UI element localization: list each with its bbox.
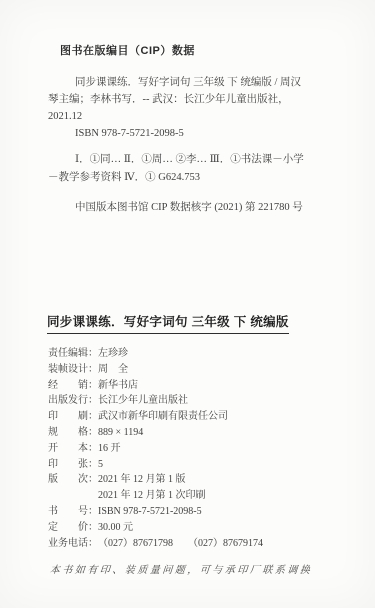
row-value: 左珍珍 xyxy=(98,348,128,359)
colophon-row-format: 开 本：16 开 xyxy=(48,441,263,457)
row-label: 装帧设计： xyxy=(48,362,98,378)
colophon-row-phone: 业务电话：（027）87671798 （027）87679174 xyxy=(48,536,263,552)
colophon-list: 责任编辑：左珍珍 装帧设计：周 全 经 销：新华书店 出版发行：长江少年儿童出版… xyxy=(48,346,263,551)
colophon-row-edition: 版 次：2021 年 12 月第 1 版 xyxy=(48,472,263,488)
row-label: 定 价： xyxy=(48,520,98,536)
quality-notice: 本书如有印、装质量问题，可与承印厂联系调换 xyxy=(49,561,313,576)
row-label: 责任编辑： xyxy=(48,346,98,362)
row-label: 印 张： xyxy=(48,457,98,473)
cip-record-number: 中国版本图书馆 CIP 数据核字 (2021) 第 221780 号 xyxy=(75,199,303,214)
row-value: 5 xyxy=(98,459,103,470)
row-value: 2021 年 12 月第 1 次印刷 xyxy=(98,490,206,501)
row-label: 版 次： xyxy=(48,472,98,488)
colophon-row-printer: 印 刷：武汉市新华印刷有限责任公司 xyxy=(48,409,263,425)
row-label: 印 刷： xyxy=(48,409,98,425)
row-value: 新华书店 xyxy=(98,380,138,391)
row-value: 武汉市新华印刷有限责任公司 xyxy=(98,411,228,422)
classification-line: Ⅰ．①同… Ⅱ．①周… ②李… Ⅲ．①书法课－小学 xyxy=(48,151,348,169)
colophon-row-isbn: 书 号：ISBN 978-7-5721-2098-5 xyxy=(48,504,263,520)
row-label: 书 号： xyxy=(48,504,98,520)
colophon-row-printing: 2021 年 12 月第 1 次印刷 xyxy=(48,488,263,504)
classification-line: －教学参考资料 Ⅳ．① G624.753 xyxy=(48,169,348,187)
isbn-line: ISBN 978-7-5721-2098-5 xyxy=(48,125,348,142)
colophon-row-price: 定 价：30.00 元 xyxy=(48,520,263,536)
row-label: 业务电话： xyxy=(48,536,98,552)
colophon-row-publisher: 出版发行：长江少年儿童出版社 xyxy=(48,393,263,409)
row-value: （027）87671798 （027）87679174 xyxy=(98,538,263,549)
cip-description-line: 同步课课练．写好字词句 三年级 下 统编版 / 周汉 xyxy=(48,74,348,91)
row-value: ISBN 978-7-5721-2098-5 xyxy=(98,506,202,517)
colophon-row-design: 装帧设计：周 全 xyxy=(48,362,263,378)
colophon-row-size: 规 格：889 × 1194 xyxy=(48,425,263,441)
row-label: 经 销： xyxy=(48,378,98,394)
row-value: 889 × 1194 xyxy=(98,427,143,438)
row-value: 周 全 xyxy=(98,364,128,375)
cip-description-line: 琴主编；李林书写．-- 武汉：长江少年儿童出版社， xyxy=(48,91,348,108)
cip-description-line: 2021.12 xyxy=(48,108,348,125)
cip-classification: Ⅰ．①同… Ⅱ．①周… ②李… Ⅲ．①书法课－小学 －教学参考资料 Ⅳ．① G6… xyxy=(48,151,348,186)
row-label: 规 格： xyxy=(48,425,98,441)
colophon-row-editor: 责任编辑：左珍珍 xyxy=(48,346,263,362)
row-label: 出版发行： xyxy=(48,393,98,409)
copyright-page: 图书在版编目（CIP）数据 同步课课练．写好字词句 三年级 下 统编版 / 周汉… xyxy=(0,0,375,608)
row-value: 长江少年儿童出版社 xyxy=(98,395,188,406)
row-value: 2021 年 12 月第 1 版 xyxy=(98,474,186,485)
row-value: 16 开 xyxy=(98,443,121,454)
colophon-row-distribution: 经 销：新华书店 xyxy=(48,378,263,394)
row-label: 开 本： xyxy=(48,441,98,457)
book-title: 同步课课练．写好字词句 三年级 下 统编版 xyxy=(47,312,289,334)
cip-heading: 图书在版编目（CIP）数据 xyxy=(60,42,195,58)
colophon-row-sheets: 印 张：5 xyxy=(48,457,263,473)
row-value: 30.00 元 xyxy=(98,522,133,533)
cip-description: 同步课课练．写好字词句 三年级 下 统编版 / 周汉 琴主编；李林书写．-- 武… xyxy=(48,74,348,142)
